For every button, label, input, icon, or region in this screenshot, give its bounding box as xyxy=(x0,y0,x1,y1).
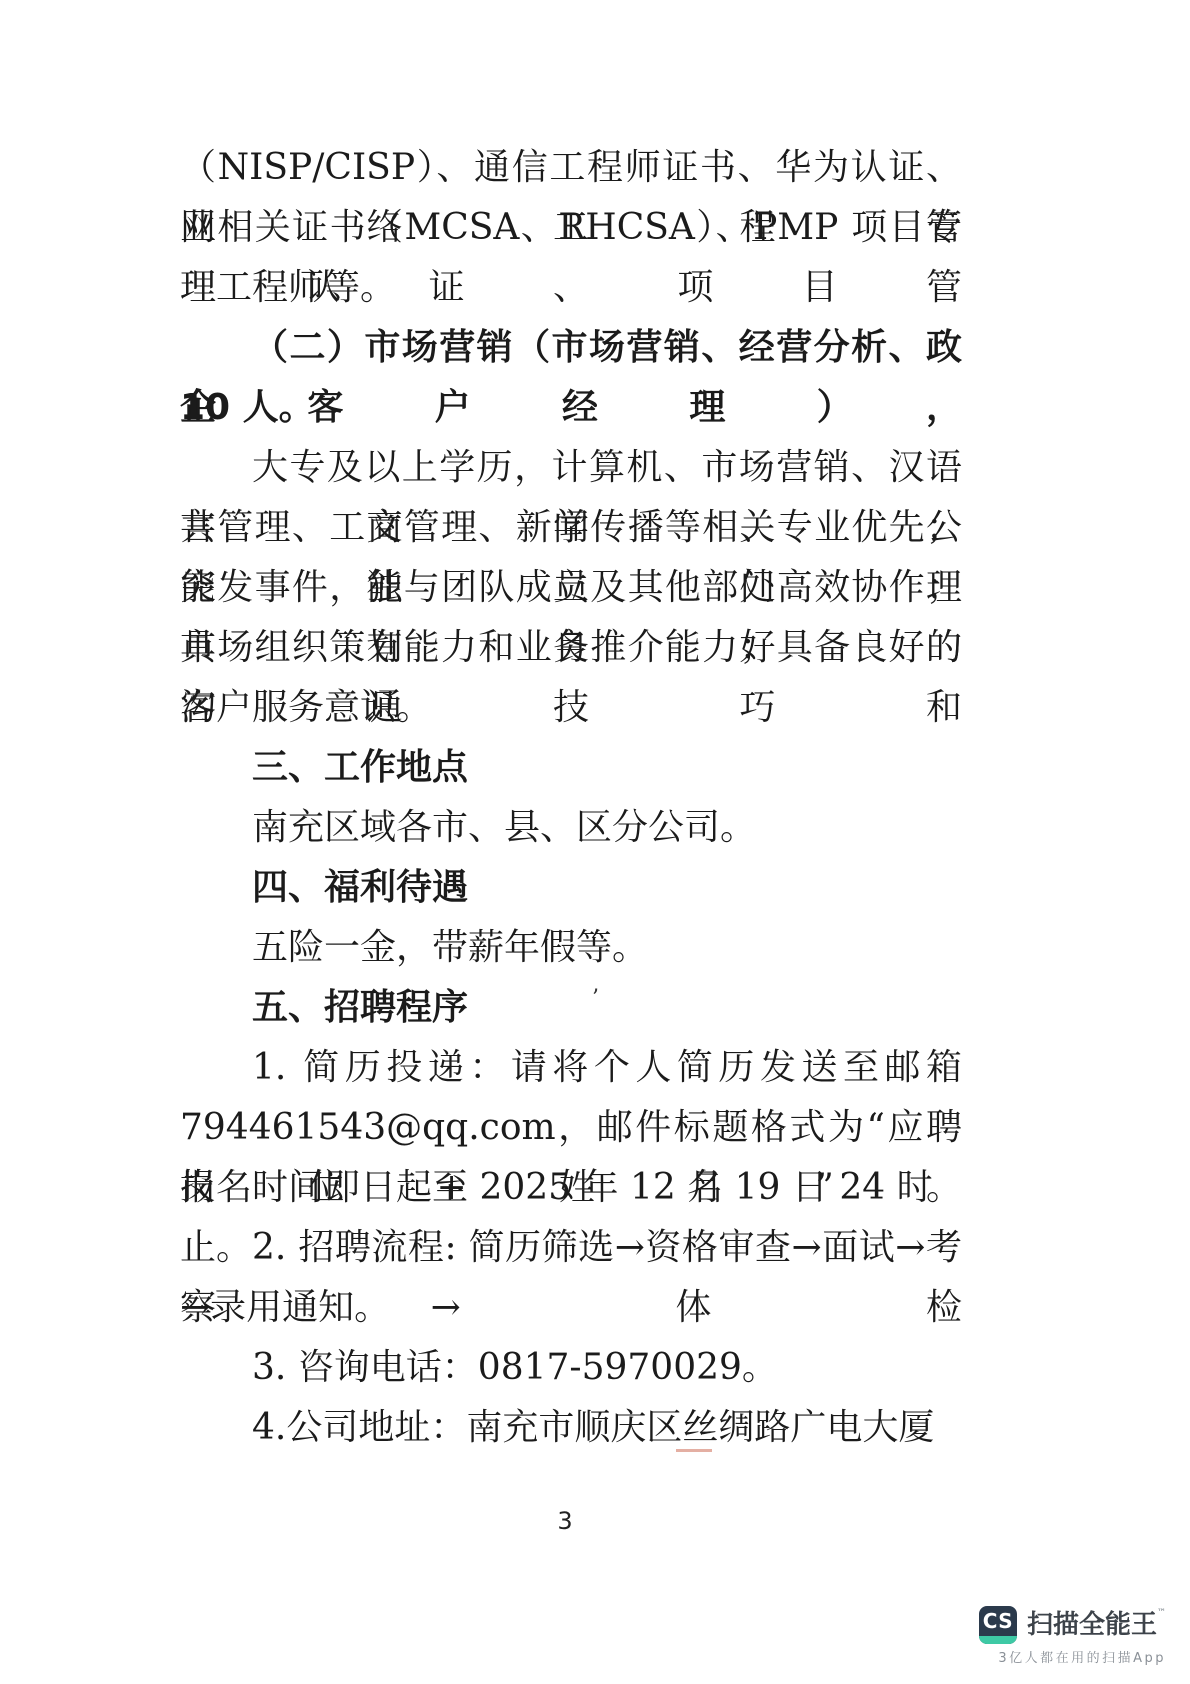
line-deadline: 报名时间即日起至 2025 年 12 月 19 日 24 时止。 xyxy=(180,1158,962,1218)
line-benefits: 五险一金，带薪年假等。 xyxy=(180,918,962,978)
para-qualifications-3: 突发事件，能与团队成员及其他部门高效协作；具有良好的 xyxy=(180,558,962,618)
line-resume-submit-1: 1. 简历投递：请将个人简历发送至邮箱 xyxy=(180,1038,962,1098)
line-work-location: 南充区域各市、县、区分公司。 xyxy=(180,798,962,858)
heading-position-marketing: （二）市场营销（市场营销、经营分析、政企客户经理）， xyxy=(180,318,962,378)
document-body: （NISP/CISP）、通信工程师证书、华为认证、网络工程专 业相关证书（MCS… xyxy=(180,138,962,1458)
scan-stray-mark: ’ xyxy=(592,986,599,1011)
para-qualifications-4: 市场组织策划能力和业务推介能力；具备良好的沟通技巧和 xyxy=(180,618,962,678)
heading-benefits: 四、福利待遇 xyxy=(180,858,962,918)
badge-accent-strip xyxy=(979,1636,1017,1644)
camscanner-app-name: 扫描全能王™ xyxy=(1027,1606,1166,1644)
line-phone: 3. 咨询电话：0817-5970029。 xyxy=(180,1338,962,1398)
line-resume-submit-2: 794461543@qq.com，邮件标题格式为“应聘岗位+姓名”。 xyxy=(180,1098,962,1158)
line-certs-continuation-1: （NISP/CISP）、通信工程师证书、华为认证、网络工程专 xyxy=(180,138,962,198)
scan-artifact-red-underline xyxy=(676,1449,712,1452)
camscanner-tagline: 3亿人都在用的扫描App xyxy=(979,1647,1166,1666)
para-qualifications-2: 共管理、工商管理、新闻传播等相关专业优先；能独立处理 xyxy=(180,498,962,558)
line-recruit-flow-1: 2. 招聘流程: 简历筛选→资格审查→面试→考察→体检 xyxy=(180,1218,962,1278)
heading-work-location: 三、工作地点 xyxy=(180,738,962,798)
page-number: 3 xyxy=(0,1506,1130,1536)
camscanner-watermark: CS 扫描全能王™ 3亿人都在用的扫描App xyxy=(979,1606,1166,1666)
trademark-symbol: ™ xyxy=(1157,1608,1166,1618)
para-qualifications-1: 大专及以上学历，计算机、市场营销、汉语言文学、公 xyxy=(180,438,962,498)
app-name-text: 扫描全能王 xyxy=(1027,1610,1157,1640)
scanned-document-page: （NISP/CISP）、通信工程师证书、华为认证、网络工程专 业相关证书（MCS… xyxy=(0,0,1190,1684)
line-address: 4.公司地址：南充市顺庆区丝绸路广电大厦 xyxy=(180,1398,962,1458)
camscanner-logo-icon: CS xyxy=(979,1606,1017,1644)
heading-recruit-procedure: 五、招聘程序 xyxy=(180,978,962,1038)
line-certs-continuation-2: 业相关证书（MCSA、RHCSA）、PMP 项目管理认证、项目管 xyxy=(180,198,962,258)
cs-badge-text: CS xyxy=(983,1606,1013,1636)
